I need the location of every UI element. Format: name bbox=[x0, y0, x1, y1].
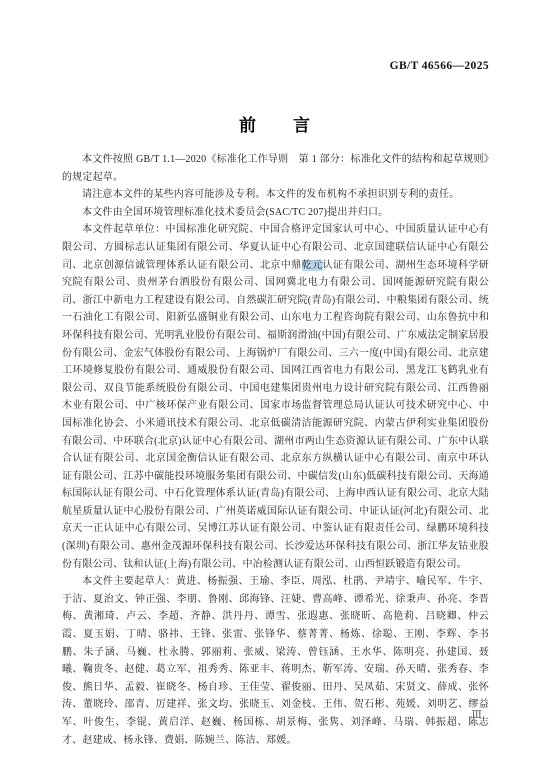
standard-number: GB/T 46566—2025 bbox=[390, 60, 489, 72]
paragraph-drafting-organizations: 本文件起草单位：中国标准化研究院、中国合格评定国家认可中心、中国质量认证中心有限… bbox=[62, 221, 489, 573]
document-page: GB/T 46566—2025 前 言 本文件按照 GB/T 1.1—2020《… bbox=[0, 0, 550, 778]
paragraph-committee: 本文件由全国环境管理标准化技术委员会(SAC/TC 207)提出并归口。 bbox=[62, 204, 489, 222]
foreword-body: 本文件按照 GB/T 1.1—2020《标准化工作导则 第 1 部分：标准化文件… bbox=[62, 151, 489, 749]
paragraph-drafting-rule: 本文件按照 GB/T 1.1—2020《标准化工作导则 第 1 部分：标准化文件… bbox=[62, 151, 489, 186]
paragraph-patent-notice: 请注意本文件的某些内容可能涉及专利。本文件的发布机构不承担识别专利的责任。 bbox=[62, 186, 489, 204]
page-title: 前 言 bbox=[0, 111, 550, 136]
page-number: Ⅲ bbox=[471, 708, 482, 721]
org-list-after-highlight: 认证有限公司、湖州生态环境科学研究院有限公司、贵州茅台酒股份有限公司、国网冀北电… bbox=[62, 260, 489, 570]
search-highlight: 乾元 bbox=[302, 260, 323, 271]
paragraph-drafters: 本文件主要起草人：黄进、杨振强、王瑜、李臣、周泓、杜鹃、尹靖宇、喻民军、牛宇、于… bbox=[62, 573, 489, 749]
